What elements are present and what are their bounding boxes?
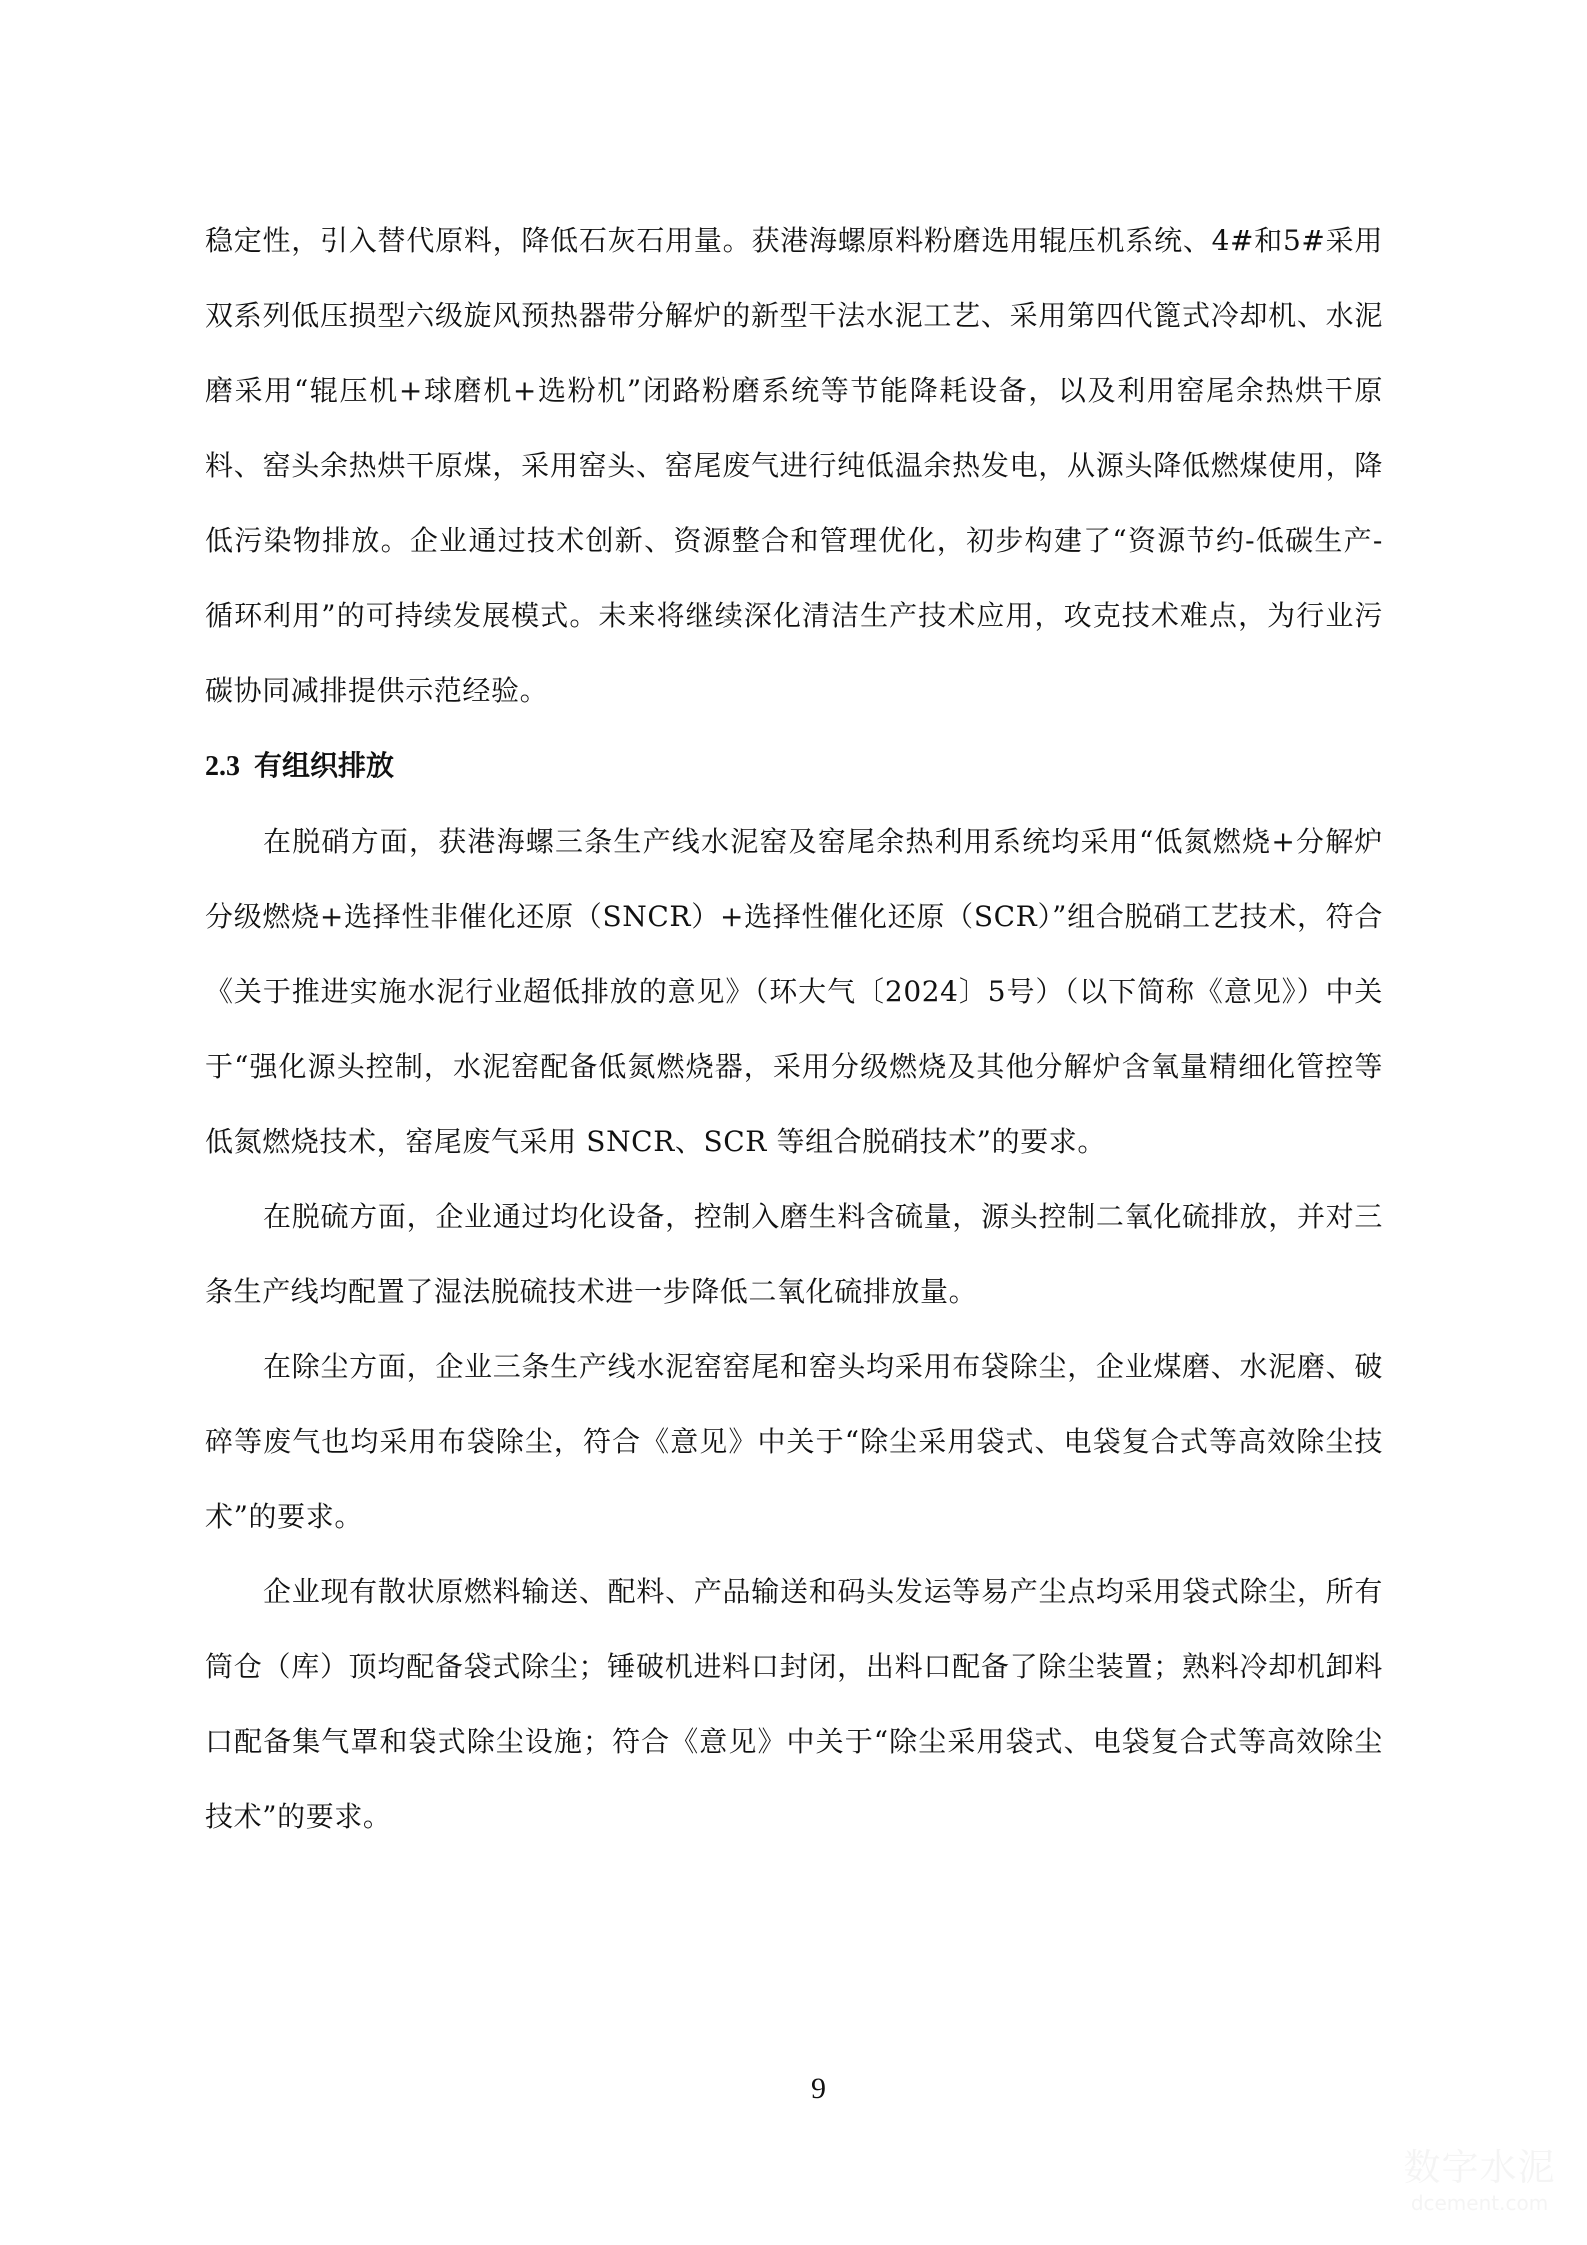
paragraph-clean-production-continuation: 稳定性，引入替代原料，降低石灰石用量。获港海螺原料粉磨选用辊压机系统、4#和5#…	[205, 203, 1383, 728]
document-page: 稳定性，引入替代原料，降低石灰石用量。获港海螺原料粉磨选用辊压机系统、4#和5#…	[0, 0, 1587, 2245]
section-number: 2.3	[205, 751, 240, 782]
paragraph-desulfurization: 在脱硫方面，企业通过均化设备，控制入磨生料含硫量，源头控制二氧化硫排放，并对三条…	[205, 1179, 1383, 1329]
section-heading: 2.3有组织排放	[205, 728, 1383, 804]
watermark-url: dcement.com	[1392, 2190, 1567, 2216]
paragraph-denitrification: 在脱硝方面，获港海螺三条生产线水泥窑及窑尾余热利用系统均采用“低氮燃烧+分解炉分…	[205, 804, 1383, 1179]
paragraph-dust-removal: 在除尘方面，企业三条生产线水泥窑窑尾和窑头均采用布袋除尘，企业煤磨、水泥磨、破碎…	[205, 1329, 1383, 1554]
watermark-brand: 数字水泥	[1392, 2146, 1567, 2190]
paragraph-fugitive-dust-points: 企业现有散状原燃料输送、配料、产品输送和码头发运等易产尘点均采用袋式除尘，所有筒…	[205, 1554, 1383, 1854]
watermark: 数字水泥 dcement.com	[1392, 2146, 1567, 2216]
page-number: 9	[0, 2072, 1587, 2106]
section-title: 有组织排放	[254, 749, 394, 782]
page-body: 稳定性，引入替代原料，降低石灰石用量。获港海螺原料粉磨选用辊压机系统、4#和5#…	[205, 203, 1383, 1854]
